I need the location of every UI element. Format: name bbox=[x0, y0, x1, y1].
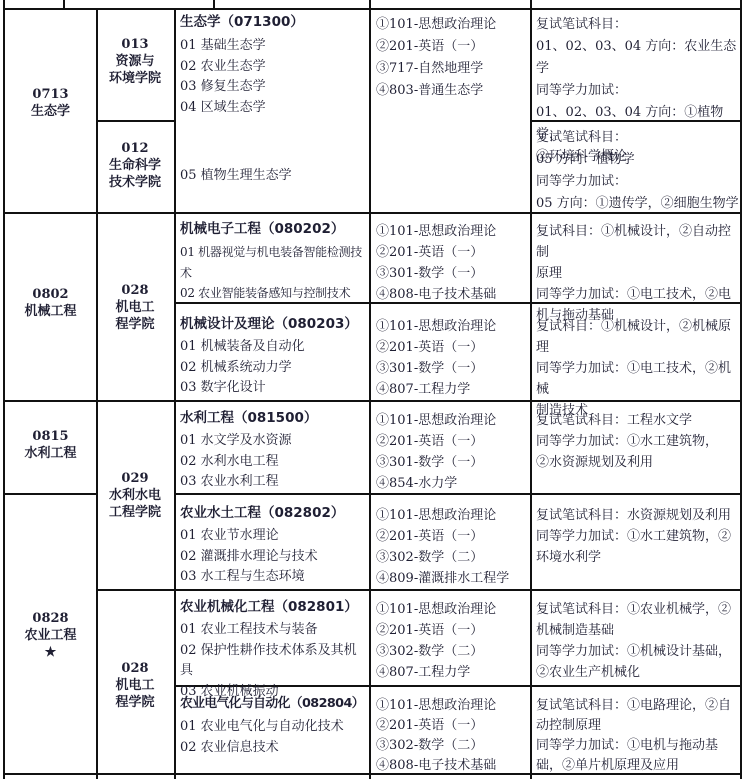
major-dirs-081500: 01 水文学及水资源 02 水利水电工程 03 农业水利工程 bbox=[180, 431, 368, 493]
major-dir05-071300: 05 植物生理生态学 bbox=[180, 166, 368, 187]
table-grid-line bbox=[96, 120, 176, 122]
major-head-080202: 机械电子工程（080202） bbox=[180, 221, 368, 237]
table-grid-line bbox=[369, 0, 371, 779]
retest-080202: 复试科目：①机械设计，②自动控制 原理 同等学力加试：①电工技术，②电 机与拖动… bbox=[536, 221, 740, 326]
exam-082804: ①101-思想政治理论 ②201-英语（一） ③302-数学（二） ④808-电… bbox=[376, 696, 526, 776]
college-013: 013 资源与 环境学院 bbox=[98, 36, 172, 87]
college-028-mech: 028 机电工 程学院 bbox=[98, 282, 172, 333]
discipline-0802: 0802 机械工程 bbox=[5, 286, 96, 320]
major-dirs-071300: 01 基础生态学 02 农业生态学 03 修复生态学 04 区域生态学 bbox=[180, 36, 368, 118]
major-head-080203: 机械设计及理论（080203） bbox=[180, 316, 368, 332]
exam-071300: ①101-思想政治理论 ②201-英语（一） ③717-自然地理学 ④803-普… bbox=[376, 14, 526, 102]
major-head-081500: 水利工程（081500） bbox=[180, 410, 368, 426]
major-dirs-082804: 01 农业电气化与自动化技术 02 农业信息技术 bbox=[180, 717, 368, 758]
major-head-082804: 农业电气化与自动化（082804） bbox=[180, 696, 368, 712]
discipline-0713: 0713 生态学 bbox=[5, 86, 96, 120]
retest-071300-012: 复试笔试科目： 05 方向：植物学 同等学力加试： 05 方向：①遗传学，②细胞… bbox=[536, 127, 740, 215]
college-028-mech-2: 028 机电工 程学院 bbox=[98, 660, 172, 711]
retest-081500: 复试笔试科目：工程水文学 同等学力加试：①水工建筑物， ②水资源规划及利用 bbox=[536, 410, 740, 473]
major-dirs-080203: 01 机械装备及自动化 02 机械系统动力学 03 数字化设计 bbox=[180, 337, 368, 399]
exam-082801: ①101-思想政治理论 ②201-英语（一） ③302-数学（二） ④807-工… bbox=[376, 599, 526, 683]
admissions-table-page: 0713 生态学 0802 机械工程 0815 水利工程 0828 农业工程 ★… bbox=[0, 0, 744, 779]
major-head-071300: 生态学（071300） bbox=[180, 14, 368, 30]
retest-082801: 复试笔试科目：①农业机械学，② 机械制造基础 同等学力加试：①机械设计基础， ②… bbox=[536, 599, 740, 683]
table-grid-line bbox=[3, 493, 98, 495]
major-head-082802: 农业水土工程（082802） bbox=[180, 505, 368, 521]
exam-081500: ①101-思想政治理论 ②201-英语（一） ③301-数学（一） ④854-水… bbox=[376, 410, 526, 494]
exam-080203: ①101-思想政治理论 ②201-英语（一） ③301-数学（一） ④807-工… bbox=[376, 316, 526, 400]
major-dirs-082801: 01 农业工程技术与装备 02 保护性耕作技术体系及其机具 03 农业机械振动 bbox=[180, 620, 368, 702]
table-grid-line bbox=[3, 8, 742, 10]
major-head-082801: 农业机械化工程（082801） bbox=[180, 599, 368, 615]
table-grid-line bbox=[174, 8, 176, 779]
retest-082802: 复试笔试科目：水资源规划及利用 同等学力加试：①水工建筑物，② 环境水利学 bbox=[536, 505, 740, 568]
major-dirs-082802: 01 农业节水理论 02 灌溉排水理论与技术 03 水工程与生态环境 bbox=[180, 526, 368, 588]
discipline-0815: 0815 水利工程 bbox=[5, 428, 96, 462]
retest-080203: 复试科目：①机械设计，②机械原理 同等学力加试：①电工技术，②机械 制造技术 bbox=[536, 316, 740, 421]
discipline-0828: 0828 农业工程 ★ bbox=[5, 610, 96, 661]
exam-080202: ①101-思想政治理论 ②201-英语（一） ③301-数学（一） ④808-电… bbox=[376, 221, 526, 305]
major-dirs-080202: 01 机器视觉与机电装备智能检测技术 02 农业智能装备感知与控制技术 bbox=[180, 242, 372, 304]
table-grid-line bbox=[96, 589, 742, 591]
table-grid-line bbox=[530, 0, 532, 779]
retest-082804: 复试笔试科目：①电路理论，②自 动控制原理 同等学力加试：①电机与拖动基 础，②… bbox=[536, 696, 740, 776]
table-grid-line bbox=[740, 0, 742, 779]
college-012: 012 生命科学 技术学院 bbox=[98, 140, 172, 191]
exam-082802: ①101-思想政治理论 ②201-英语（一） ③302-数学（二） ④809-灌… bbox=[376, 505, 526, 589]
college-029: 029 水利水电 工程学院 bbox=[98, 470, 172, 521]
